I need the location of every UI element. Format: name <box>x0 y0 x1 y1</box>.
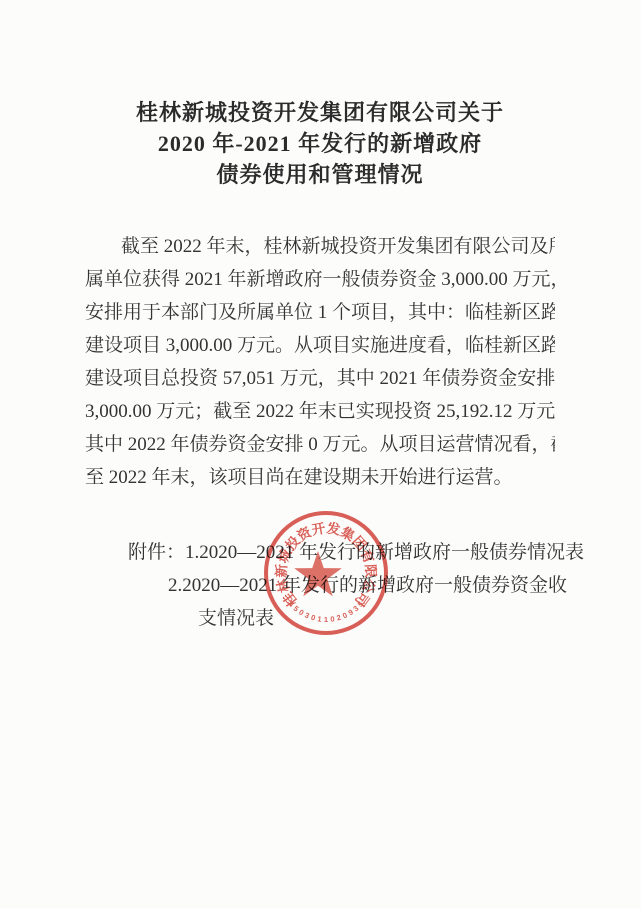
title-line-3: 债券使用和管理情况 <box>85 159 555 190</box>
body-line: 建设项目 3,000.00 万元。从项目实施进度看，临桂新区路网 <box>85 329 555 362</box>
title-line-1: 桂林新城投资开发集团有限公司关于 <box>85 97 555 128</box>
body-line: 至 2022 年末，该项目尚在建设期未开始进行运营。 <box>85 461 555 494</box>
body-line: 截至 2022 年末，桂林新城投资开发集团有限公司及所 <box>85 230 555 263</box>
svg-text:发: 发 <box>325 519 342 537</box>
title-line-2: 2020 年-2021 年发行的新增政府 <box>85 128 555 159</box>
document-page: 桂林新城投资开发集团有限公司关于 2020 年-2021 年发行的新增政府 债券… <box>0 0 641 908</box>
body-line: 建设项目总投资 57,051 万元，其中 2021 年债券资金安排 <box>85 362 555 395</box>
attachment-line-2: 2.2020—2021 年发行的新增政府一般债券资金收 <box>85 569 585 602</box>
body-line: 安排用于本部门及所属单位 1 个项目，其中：临桂新区路网 <box>85 296 555 329</box>
attachment-list: 附件：1.2020—2021 年发行的新增政府一般债券情况表 2.2020—20… <box>85 536 585 635</box>
body-line: 其中 2022 年债券资金安排 0 万元。从项目运营情况看，截 <box>85 428 555 461</box>
body-line: 属单位获得 2021 年新增政府一般债券资金 3,000.00 万元， <box>85 263 555 296</box>
attachment-line-3: 支情况表 <box>85 602 585 635</box>
attachment-line-1: 附件：1.2020—2021 年发行的新增政府一般债券情况表 <box>85 536 585 569</box>
body-line: 3,000.00 万元；截至 2022 年末已实现投资 25,192.12 万元… <box>85 395 555 428</box>
document-title: 桂林新城投资开发集团有限公司关于 2020 年-2021 年发行的新增政府 债券… <box>85 97 555 190</box>
body-paragraph: 截至 2022 年末，桂林新城投资开发集团有限公司及所 属单位获得 2021 年… <box>85 230 555 494</box>
